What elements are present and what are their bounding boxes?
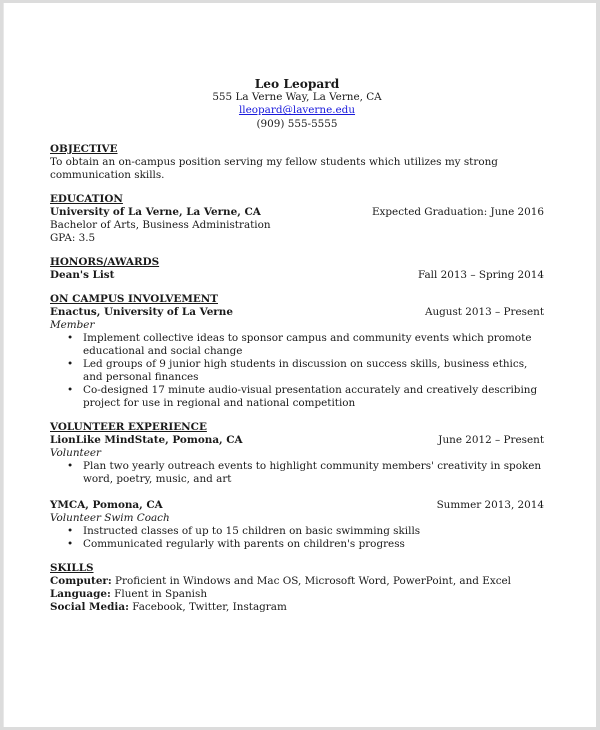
objective-text: To obtain an on-campus position serving …	[50, 156, 544, 182]
organization: YMCA, Pomona, CA	[50, 499, 163, 512]
organization: LionLike MindState, Pomona, CA	[50, 434, 243, 447]
organization: Enactus, University of La Verne	[50, 306, 233, 319]
involvement-section: ON CAMPUS INVOLVEMENT Enactus, Universit…	[50, 293, 544, 410]
role: Member	[50, 319, 544, 332]
volunteer-section: VOLUNTEER EXPERIENCE LionLike MindState,…	[50, 421, 544, 551]
gpa: GPA: 3.5	[50, 232, 544, 245]
skill-language: Language: Fluent in Spanish	[50, 588, 544, 601]
involvement-date: August 2013 – Present	[425, 306, 544, 319]
address: 555 La Verne Way, La Verne, CA	[50, 91, 544, 104]
section-title: ON CAMPUS INVOLVEMENT	[50, 293, 544, 306]
volunteer-bullets: Plan two yearly outreach events to highl…	[50, 460, 544, 486]
resume-content: Leo Leopard 555 La Verne Way, La Verne, …	[50, 78, 544, 625]
degree: Bachelor of Arts, Business Administratio…	[50, 219, 544, 232]
volunteer-date: June 2012 – Present	[438, 434, 544, 447]
list-item: Co-designed 17 minute audio-visual prese…	[83, 384, 544, 410]
document-page: Leo Leopard 555 La Verne Way, La Verne, …	[3, 3, 596, 727]
skill-computer: Computer: Proficient in Windows and Mac …	[50, 575, 544, 588]
section-title: OBJECTIVE	[50, 143, 544, 156]
volunteer-date: Summer 2013, 2014	[437, 499, 544, 512]
graduation-date: Expected Graduation: June 2016	[372, 206, 544, 219]
education-section: EDUCATION University of La Verne, La Ver…	[50, 193, 544, 245]
role: Volunteer	[50, 447, 544, 460]
list-item: Communicated regularly with parents on c…	[83, 538, 544, 551]
section-title: HONORS/AWARDS	[50, 256, 544, 269]
list-item: Plan two yearly outreach events to highl…	[83, 460, 544, 486]
list-item: Instructed classes of up to 15 children …	[83, 525, 544, 538]
resume-header: Leo Leopard 555 La Verne Way, La Verne, …	[50, 78, 544, 131]
section-title: EDUCATION	[50, 193, 544, 206]
candidate-name: Leo Leopard	[50, 78, 544, 91]
section-title: VOLUNTEER EXPERIENCE	[50, 421, 544, 434]
phone: (909) 555-5555	[50, 118, 544, 131]
award-name: Dean's List	[50, 269, 114, 282]
role: Volunteer Swim Coach	[50, 512, 544, 525]
objective-section: OBJECTIVE To obtain an on-campus positio…	[50, 143, 544, 182]
volunteer-bullets: Instructed classes of up to 15 children …	[50, 525, 544, 551]
section-title: SKILLS	[50, 562, 544, 575]
skills-section: SKILLS Computer: Proficient in Windows a…	[50, 562, 544, 614]
list-item: Implement collective ideas to sponsor ca…	[83, 332, 544, 358]
school-name: University of La Verne, La Verne, CA	[50, 206, 261, 219]
list-item: Led groups of 9 junior high students in …	[83, 358, 544, 384]
email-link[interactable]: lleopard@laverne.edu	[239, 104, 355, 116]
award-date: Fall 2013 – Spring 2014	[418, 269, 544, 282]
skill-social-media: Social Media: Facebook, Twitter, Instagr…	[50, 601, 544, 614]
involvement-bullets: Implement collective ideas to sponsor ca…	[50, 332, 544, 410]
honors-section: HONORS/AWARDS Dean's List Fall 2013 – Sp…	[50, 256, 544, 282]
